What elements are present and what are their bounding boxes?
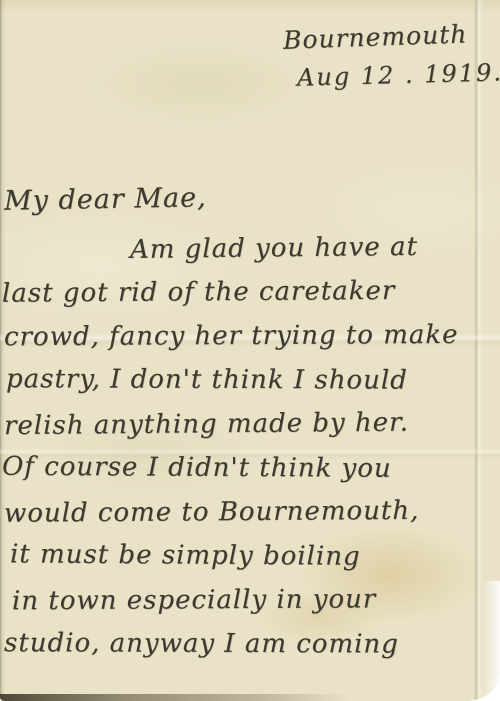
letter-line: relish anything made by her. — [4, 400, 492, 448]
letter-line: in town especially in your — [12, 577, 492, 624]
letter-line: pastry, I don't think I should — [6, 357, 492, 403]
letter-line: Am glad you have at — [130, 224, 492, 272]
letter-body: Am glad you have at last got rid of the … — [2, 226, 492, 666]
letter-line: studio, anyway I am coming — [4, 621, 492, 667]
letter-line: crowd, fancy her trying to make — [4, 313, 492, 360]
letter-line: it must be simply boiling — [10, 532, 492, 579]
salutation: My dear Mae, — [4, 182, 207, 217]
letter-line: would come to Bournemouth, — [4, 488, 492, 535]
letter-page: Bournemouth Aug 12 . 1919. My dear Mae, … — [0, 0, 500, 701]
letter-line: last got rid of the caretaker — [2, 268, 492, 315]
place-line: Bournemouth — [283, 18, 500, 55]
letter-heading: Bournemouth Aug 12 . 1919. — [283, 22, 500, 89]
letter-line: Of course I didn't think you — [2, 445, 492, 492]
date-line: Aug 12 . 1919. — [297, 58, 500, 91]
